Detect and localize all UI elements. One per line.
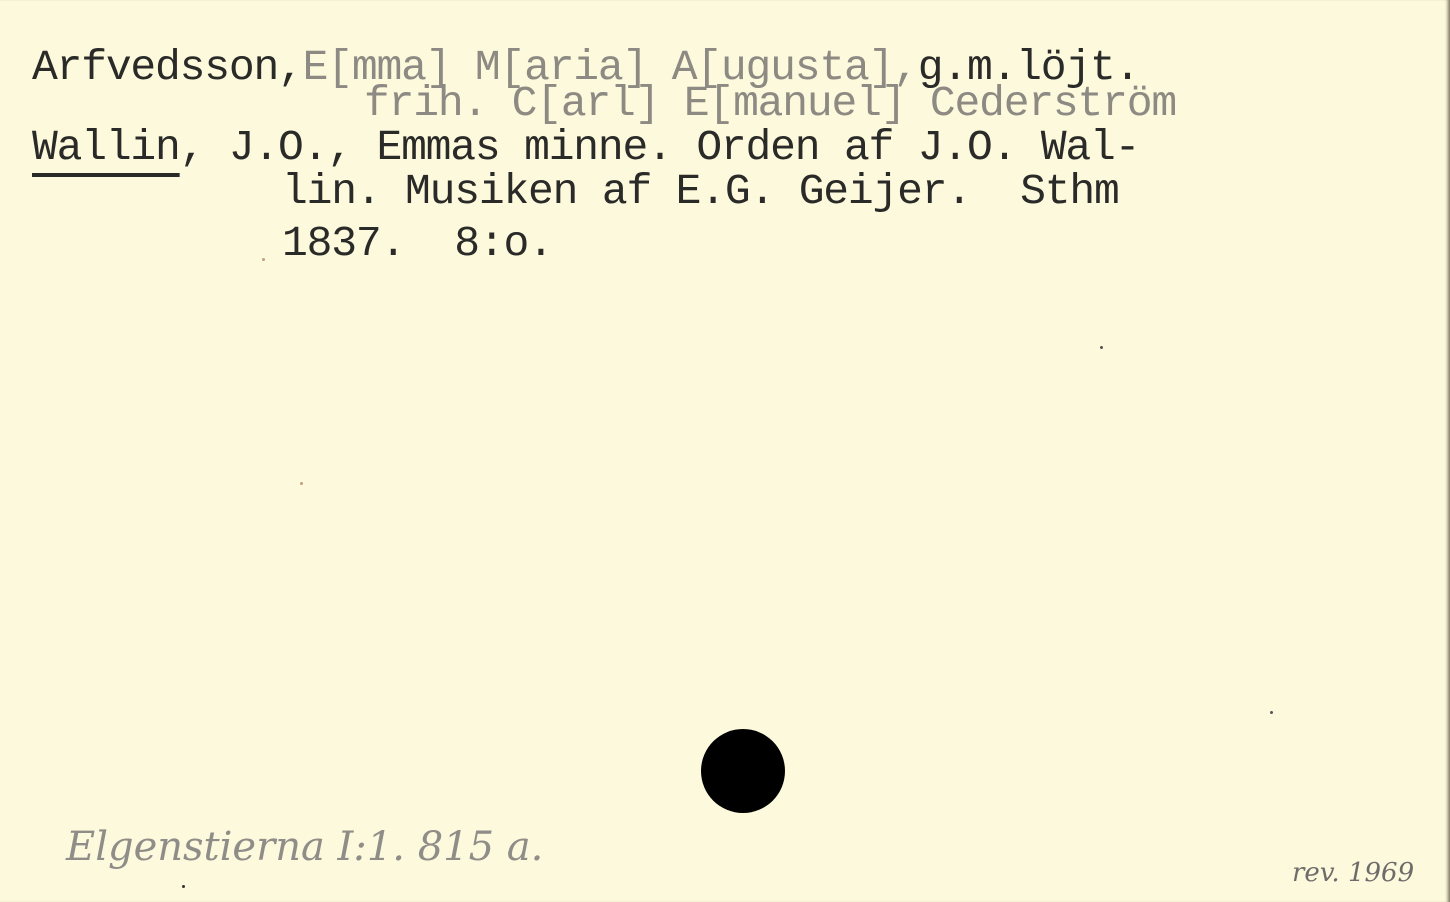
paper-speck — [1100, 346, 1103, 349]
punch-hole — [701, 729, 785, 813]
paper-speck — [1270, 711, 1273, 714]
entry-author: Wallin — [32, 123, 180, 172]
entry-line-3: 1837. 8:o. — [282, 222, 553, 265]
paper-speck — [182, 885, 185, 888]
paper-speck — [262, 258, 265, 261]
entry-line-1: Wallin, J.O., Emmas minne. Orden af J.O.… — [32, 126, 1139, 169]
heading-author: Arfvedsson, — [32, 43, 303, 92]
catalog-card: Arfvedsson,E[mma] M[aria] A[ugusta],g.m.… — [0, 0, 1450, 902]
paper-speck — [300, 482, 303, 485]
handwritten-reference: Elgenstierna I:1. 815 a. — [66, 824, 543, 870]
entry-line-2: lin. Musiken af E.G. Geijer. Sthm — [282, 170, 1119, 213]
handwritten-revision: rev. 1969 — [1292, 858, 1414, 888]
entry-title-line: , J.O., Emmas minne. Orden af J.O. Wal- — [180, 123, 1140, 172]
heading-line-2: frih. C[arl] E[manuel] Cederström — [364, 82, 1176, 125]
